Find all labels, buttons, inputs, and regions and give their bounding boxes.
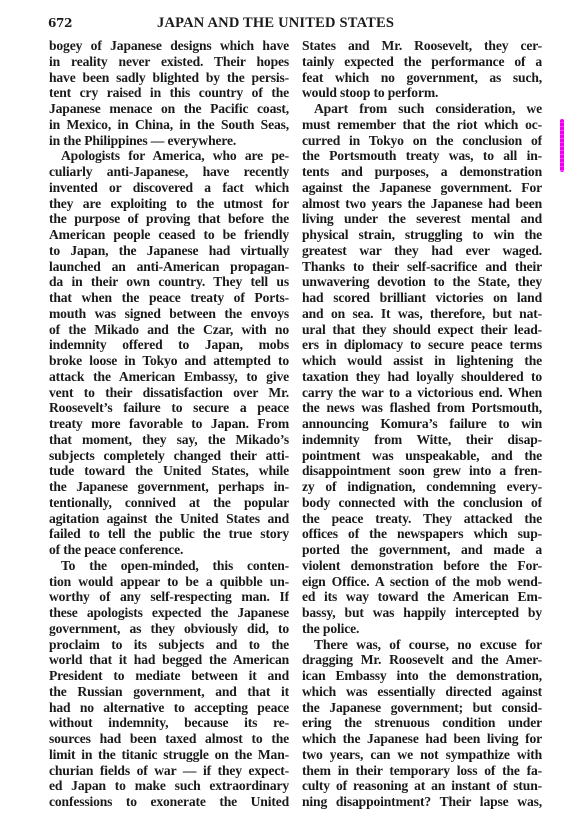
text-line: worthy of any self-respecting man. If (49, 589, 289, 605)
text-line: curred in Tokyo on the conclusion of (302, 133, 542, 149)
text-line: bassy, but was happily intercepted by (302, 605, 542, 621)
text-line: feat which no government, as such, (302, 70, 542, 86)
text-line: in reality never existed. Their hopes (49, 54, 289, 70)
text-line: against the Japanese government. For (302, 180, 542, 196)
text-line: of the Mikado and the Czar, with no (49, 322, 289, 338)
text-line: in Mexico, in China, in the South Seas, (49, 117, 289, 133)
text-line: of the peace conference. (49, 542, 289, 558)
text-line: they are exploiting to the utmost for (49, 196, 289, 212)
text-line: would stoop to perform. (302, 85, 542, 101)
text-column-right: States and Mr. Roosevelt, they cer-tainl… (302, 38, 542, 810)
text-line: bogey of Japanese designs which have (49, 38, 289, 54)
text-line: ering the strenuous condition under (302, 715, 542, 731)
text-line: States and Mr. Roosevelt, they cer- (302, 38, 542, 54)
text-line: tentionally, connived at the popular (49, 495, 289, 511)
text-line: violent demonstration before the For- (302, 558, 542, 574)
text-line: confessions to exonerate the United (49, 794, 289, 810)
text-line: Japanese menace on the Pacific coast, (49, 101, 289, 117)
text-line: zy of indignation, condemning every- (302, 479, 542, 495)
text-line: broke loose in Tokyo and attempted to (49, 353, 289, 369)
page-number: 672 (48, 16, 72, 30)
text-line: which was essentially directed against (302, 684, 542, 700)
margin-highlight-marker (560, 119, 564, 172)
text-line: ning disappointment? Their lapse was, (302, 794, 542, 810)
text-line: announcing Komura’s failure to win (302, 416, 542, 432)
text-line: the news was flashed from Portsmouth, (302, 400, 542, 416)
text-line: subjects completely changed their atti- (49, 448, 289, 464)
text-line: There was, of course, no excuse for (302, 637, 542, 653)
text-line: agitation against the United States and (49, 511, 289, 527)
text-line: da in their own country. They tell us (49, 274, 289, 290)
text-line: to Japan, the Japanese had virtually (49, 243, 289, 259)
text-line: in the Philippines — everywhere. (49, 133, 289, 149)
text-line: American people ceased to be friendly (49, 227, 289, 243)
text-line: tion would appear to be a quibble un- (49, 574, 289, 590)
text-line: churian fields of war — if they expect- (49, 763, 289, 779)
text-line: that moment, they say, the Mikado’s (49, 432, 289, 448)
text-line: mouth was signed between the envoys (49, 306, 289, 322)
text-line: the Japanese government; but consid- (302, 700, 542, 716)
text-line: To the open-minded, this conten- (49, 558, 289, 574)
text-line: without indemnity, because its re- (49, 715, 289, 731)
page-header: 672 JAPAN AND THE UNITED STATES (48, 16, 542, 34)
text-line: the purpose of proving that before the (49, 211, 289, 227)
text-line: the peace treaty. They attacked the (302, 511, 542, 527)
text-line: body connected with the conclusion of (302, 495, 542, 511)
text-line: Apologists for America, who are pe- (49, 148, 289, 164)
text-line: them in their temporary loss of the fa- (302, 763, 542, 779)
text-line: tent cry raised in this country of the (49, 85, 289, 101)
text-line: failed to tell the public the true story (49, 526, 289, 542)
text-line: launched an anti-American propagan- (49, 259, 289, 275)
running-title: JAPAN AND THE UNITED STATES (157, 15, 394, 32)
text-line: the Portsmouth treaty was, to all in- (302, 148, 542, 164)
text-line: tents and purposes, a demonstration (302, 164, 542, 180)
text-line: tainly expected the performance of a (302, 54, 542, 70)
text-line: almost two years the Japanese had been (302, 196, 542, 212)
text-line: dragging Mr. Roosevelt and the Amer- (302, 652, 542, 668)
text-line: and on sea. It was, therefore, but nat- (302, 306, 542, 322)
text-line: physical strain, struggling to win the (302, 227, 542, 243)
text-line: ed Japan to make such extraordinary (49, 778, 289, 794)
text-line: had no alternative to accepting peace (49, 700, 289, 716)
text-line: greatest war they had ever waged. (302, 243, 542, 259)
text-line: which would assist in lightening the (302, 353, 542, 369)
text-line: the police. (302, 621, 542, 637)
text-column-left: bogey of Japanese designs which havein r… (49, 38, 289, 810)
text-line: indemnity offered to Japan, mobs (49, 337, 289, 353)
text-line: ican Embassy into the demonstration, (302, 668, 542, 684)
text-line: offices of the newspapers which sup- (302, 526, 542, 542)
text-line: Thanks to their self-sacrifice and their (302, 259, 542, 275)
text-line: attack the American Embassy, to give (49, 369, 289, 385)
text-line: invented or discovered a fact which (49, 180, 289, 196)
text-line: Apart from such consideration, we (302, 101, 542, 117)
text-line: proclaim to its subjects and to the (49, 637, 289, 653)
text-line: carry the war to a victorious end. When (302, 385, 542, 401)
text-line: tude toward the United States, while (49, 463, 289, 479)
text-line: had scored brilliant victories on land (302, 290, 542, 306)
text-line: indemnity from Witte, their disap- (302, 432, 542, 448)
text-line: that when the peace treaty of Ports- (49, 290, 289, 306)
text-line: world that it had begged the American (49, 652, 289, 668)
text-line: ed its way toward the American Em- (302, 589, 542, 605)
text-line: have been sadly blighted by the persis- (49, 70, 289, 86)
text-line: must remember that the riot which oc- (302, 117, 542, 133)
text-line: the Japanese government, perhaps in- (49, 479, 289, 495)
text-line: treaty more favorable to Japan. From (49, 416, 289, 432)
text-line: these apologists expected the Japanese (49, 605, 289, 621)
text-line: which the Japanese had been living for (302, 731, 542, 747)
text-line: living under the severest mental and (302, 211, 542, 227)
text-line: disappointment soon grew into a fren- (302, 463, 542, 479)
text-line: pointment was unspeakable, and the (302, 448, 542, 464)
text-line: taxation they had loyally shouldered to (302, 369, 542, 385)
text-line: culty of reasoning at an instant of stun… (302, 778, 542, 794)
text-line: Roosevelt’s failure to secure a peace (49, 400, 289, 416)
text-line: culiarly anti-Japanese, have recently (49, 164, 289, 180)
text-line: sources had been taxed almost to the (49, 731, 289, 747)
text-line: ported the government, and made a (302, 542, 542, 558)
text-line: ers in diplomacy to secure peace terms (302, 337, 542, 353)
text-line: President to mediate between it and (49, 668, 289, 684)
text-line: eign Office. A section of the mob wend- (302, 574, 542, 590)
text-line: unwavering devotion to the State, they (302, 274, 542, 290)
text-line: vent to their dissatisfaction over Mr. (49, 385, 289, 401)
text-line: government, as they obviously did, to (49, 621, 289, 637)
text-line: ural that they should expect their lead- (302, 322, 542, 338)
text-line: two years, can we not sympathize with (302, 747, 542, 763)
text-line: limit in the titanic struggle on the Man… (49, 747, 289, 763)
text-line: the Russian government, and that it (49, 684, 289, 700)
